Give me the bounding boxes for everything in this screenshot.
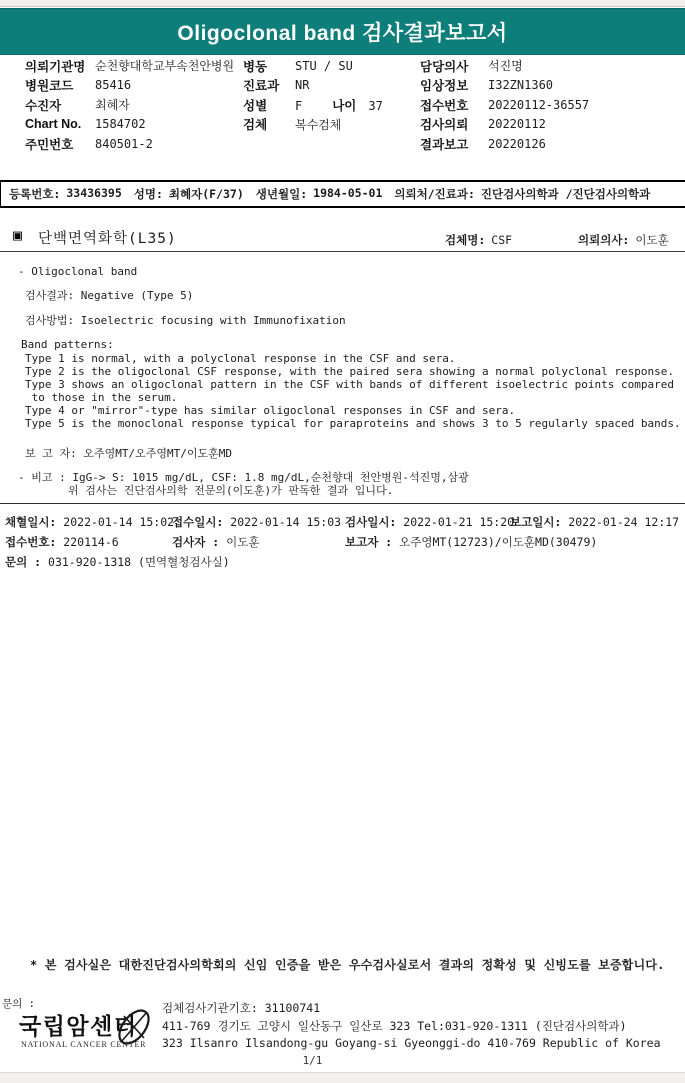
age-value: 37	[368, 99, 382, 113]
method-label: 검사방법:	[25, 314, 74, 327]
info-row: 의뢰기관명 순천향대학교부속천안병원 병동 STU / SU 담당의사 석진명	[25, 56, 680, 76]
org-code-line: 검체검사기관기호: 31100741	[162, 1000, 320, 1016]
info-row: 주민번호 840501-2 결과보고 20220126	[25, 134, 680, 154]
field-label: 담당의사	[420, 57, 488, 75]
field-value: STU / SU	[295, 59, 420, 73]
band-pattern-line: Type 2 is the oligoclonal CSF response, …	[25, 365, 674, 378]
reg-no-value: 33436395	[66, 186, 121, 202]
field-value: 최혜자	[95, 96, 243, 113]
report-title: Oligoclonal band 검사결과보고서	[177, 17, 507, 47]
note-line-2: 위 검사는 진단검사의학 전문의(이도훈)가 판독한 결과 입니다.	[68, 482, 393, 498]
field-value: 840501-2	[95, 137, 243, 151]
draw-datetime: 채혈일시: 2022-01-14 15:02	[5, 514, 174, 530]
field-label: 병동	[243, 57, 295, 75]
birth-label: 생년월일:	[256, 186, 307, 202]
specimen-label: 검체명:	[445, 233, 485, 247]
section-header: ▣ 단백면역화학(L35) 검체명:CSF 의뢰의사:이도훈	[0, 224, 685, 252]
dept-value: 진단검사의학과 /진단검사의학과	[481, 186, 650, 202]
section-marker-icon: ▣	[13, 226, 22, 244]
age-label: 나이	[332, 99, 356, 113]
name-value: 최혜자(F/37)	[169, 186, 244, 202]
field-label: 수진자	[25, 96, 95, 114]
bottom-divider	[0, 1072, 685, 1083]
tester: 검사자 : 이도훈	[172, 534, 259, 550]
field-value-with-age: F나이37	[295, 96, 420, 114]
info-row: 병원코드 85416 진료과 NR 임상정보 I32ZN1360	[25, 76, 680, 96]
address-english: 323 Ilsanro Ilsandong-gu Goyang-si Gyeon…	[162, 1036, 661, 1050]
result-value: Negative (Type 5)	[81, 289, 194, 302]
specimen-pair: 검체명:CSF	[445, 232, 512, 248]
field-value: 20220112	[488, 117, 680, 131]
band-pattern-line: Type 4 or "mirror"-type has similar olig…	[25, 404, 515, 417]
birth-pair: 생년월일:1984-05-01	[256, 186, 383, 202]
field-label: 의뢰기관명	[25, 57, 95, 75]
method-value: Isoelectric focusing with Immunofixation	[81, 314, 346, 327]
reporter-line: 보 고 자: 오주영MT/오주영MT/이도훈MD	[25, 445, 232, 461]
field-label: 주민번호	[25, 135, 95, 153]
contact-phone: 문의 : 031-920-1318 (면역혈청검사실)	[5, 554, 230, 570]
field-value: I32ZN1360	[488, 78, 680, 92]
reg-no-label: 등록번호:	[9, 186, 60, 202]
leaf-logo-icon	[113, 1002, 155, 1056]
receipt-datetime: 접수일시: 2022-01-14 15:03	[172, 514, 341, 530]
note-label: - 비고 :	[18, 471, 66, 484]
test-datetime: 검사일시: 2022-01-21 15:20	[345, 514, 514, 530]
specimen-value: CSF	[491, 233, 512, 247]
registration-banner: 등록번호:33436395 성명:최혜자(F/37) 생년월일:1984-05-…	[0, 180, 685, 208]
doctor-label: 의뢰의사:	[578, 233, 629, 247]
report-datetime: 보고일시: 2022-01-24 12:17	[510, 514, 679, 530]
field-value: 85416	[95, 78, 243, 92]
method-line: 검사방법: Isoelectric focusing with Immunofi…	[25, 312, 346, 328]
sex-value: F	[295, 99, 302, 113]
birth-value: 1984-05-01	[313, 186, 382, 202]
reporter: 보고자 : 오주영MT(12723)/이도훈MD(30479)	[345, 534, 597, 550]
info-row: 수진자 최혜자 성별 F나이37 접수번호 20220112-36557	[25, 95, 680, 115]
field-label: 진료과	[243, 76, 295, 94]
reporter-value: 오주영MT/오주영MT/이도훈MD	[83, 447, 232, 460]
band-pattern-line: Type 5 is the monoclonal response typica…	[25, 417, 681, 430]
band-pattern-line: Type 3 shows an oligoclonal pattern in t…	[25, 378, 674, 391]
test-name: - Oligoclonal band	[18, 265, 137, 278]
dept-pair: 의뢰처/진료과:진단검사의학과 /진단검사의학과	[394, 186, 650, 202]
field-label: 병원코드	[25, 76, 95, 94]
band-pattern-line: Type 1 is normal, with a polyclonal resp…	[25, 352, 455, 365]
field-value: 20220112-36557	[488, 98, 680, 112]
reg-no-pair: 등록번호:33436395	[9, 186, 122, 202]
field-value: 순천향대학교부속천안병원	[95, 57, 243, 74]
field-label: 성별	[243, 96, 295, 114]
patient-info-grid: 의뢰기관명 순천향대학교부속천안병원 병동 STU / SU 담당의사 석진명 …	[25, 56, 680, 154]
result-line: 검사결과: Negative (Type 5)	[25, 287, 193, 303]
dept-label: 의뢰처/진료과:	[394, 186, 475, 202]
band-patterns-title: Band patterns:	[21, 338, 114, 351]
section-title: 단백면역화학(L35)	[38, 227, 177, 248]
doctor-value: 이도훈	[635, 233, 668, 247]
divider-line	[0, 503, 685, 504]
field-value: 20220126	[488, 137, 680, 151]
name-label: 성명:	[134, 186, 163, 202]
field-label: 접수번호	[420, 96, 488, 114]
page-number: 1/1	[0, 1054, 625, 1067]
field-label: 검사의뢰	[420, 115, 488, 133]
info-row: Chart No. 1584702 검체 복수검체 검사의뢰 20220112	[25, 115, 680, 135]
field-label: Chart No.	[25, 117, 95, 131]
lab-report-page: Oligoclonal band 검사결과보고서 의뢰기관명 순천향대학교부속천…	[0, 0, 685, 1083]
band-pattern-line: to those in the serum.	[25, 391, 177, 404]
field-value: 석진명	[488, 57, 680, 74]
field-label: 임상정보	[420, 76, 488, 94]
top-divider	[0, 0, 685, 7]
accreditation-disclaimer: * 본 검사실은 대한진단검사의학회의 신임 인증을 받은 우수검사실로서 결과…	[30, 956, 675, 973]
report-title-banner: Oligoclonal band 검사결과보고서	[0, 8, 685, 55]
ordering-doctor-pair: 의뢰의사:이도훈	[578, 232, 669, 248]
receipt-number: 접수번호: 220114-6	[5, 534, 119, 550]
field-label: 검체	[243, 115, 295, 133]
reporter-label: 보 고 자:	[25, 447, 77, 460]
address-korean: 411-769 경기도 고양시 일산동구 일산로 323 Tel:031-920…	[162, 1018, 627, 1034]
field-value: 복수검체	[295, 116, 420, 133]
name-pair: 성명:최혜자(F/37)	[134, 186, 244, 202]
field-value: 1584702	[95, 117, 243, 131]
field-value: NR	[295, 78, 420, 92]
result-label: 검사결과:	[25, 289, 74, 302]
field-label: 결과보고	[420, 135, 488, 153]
